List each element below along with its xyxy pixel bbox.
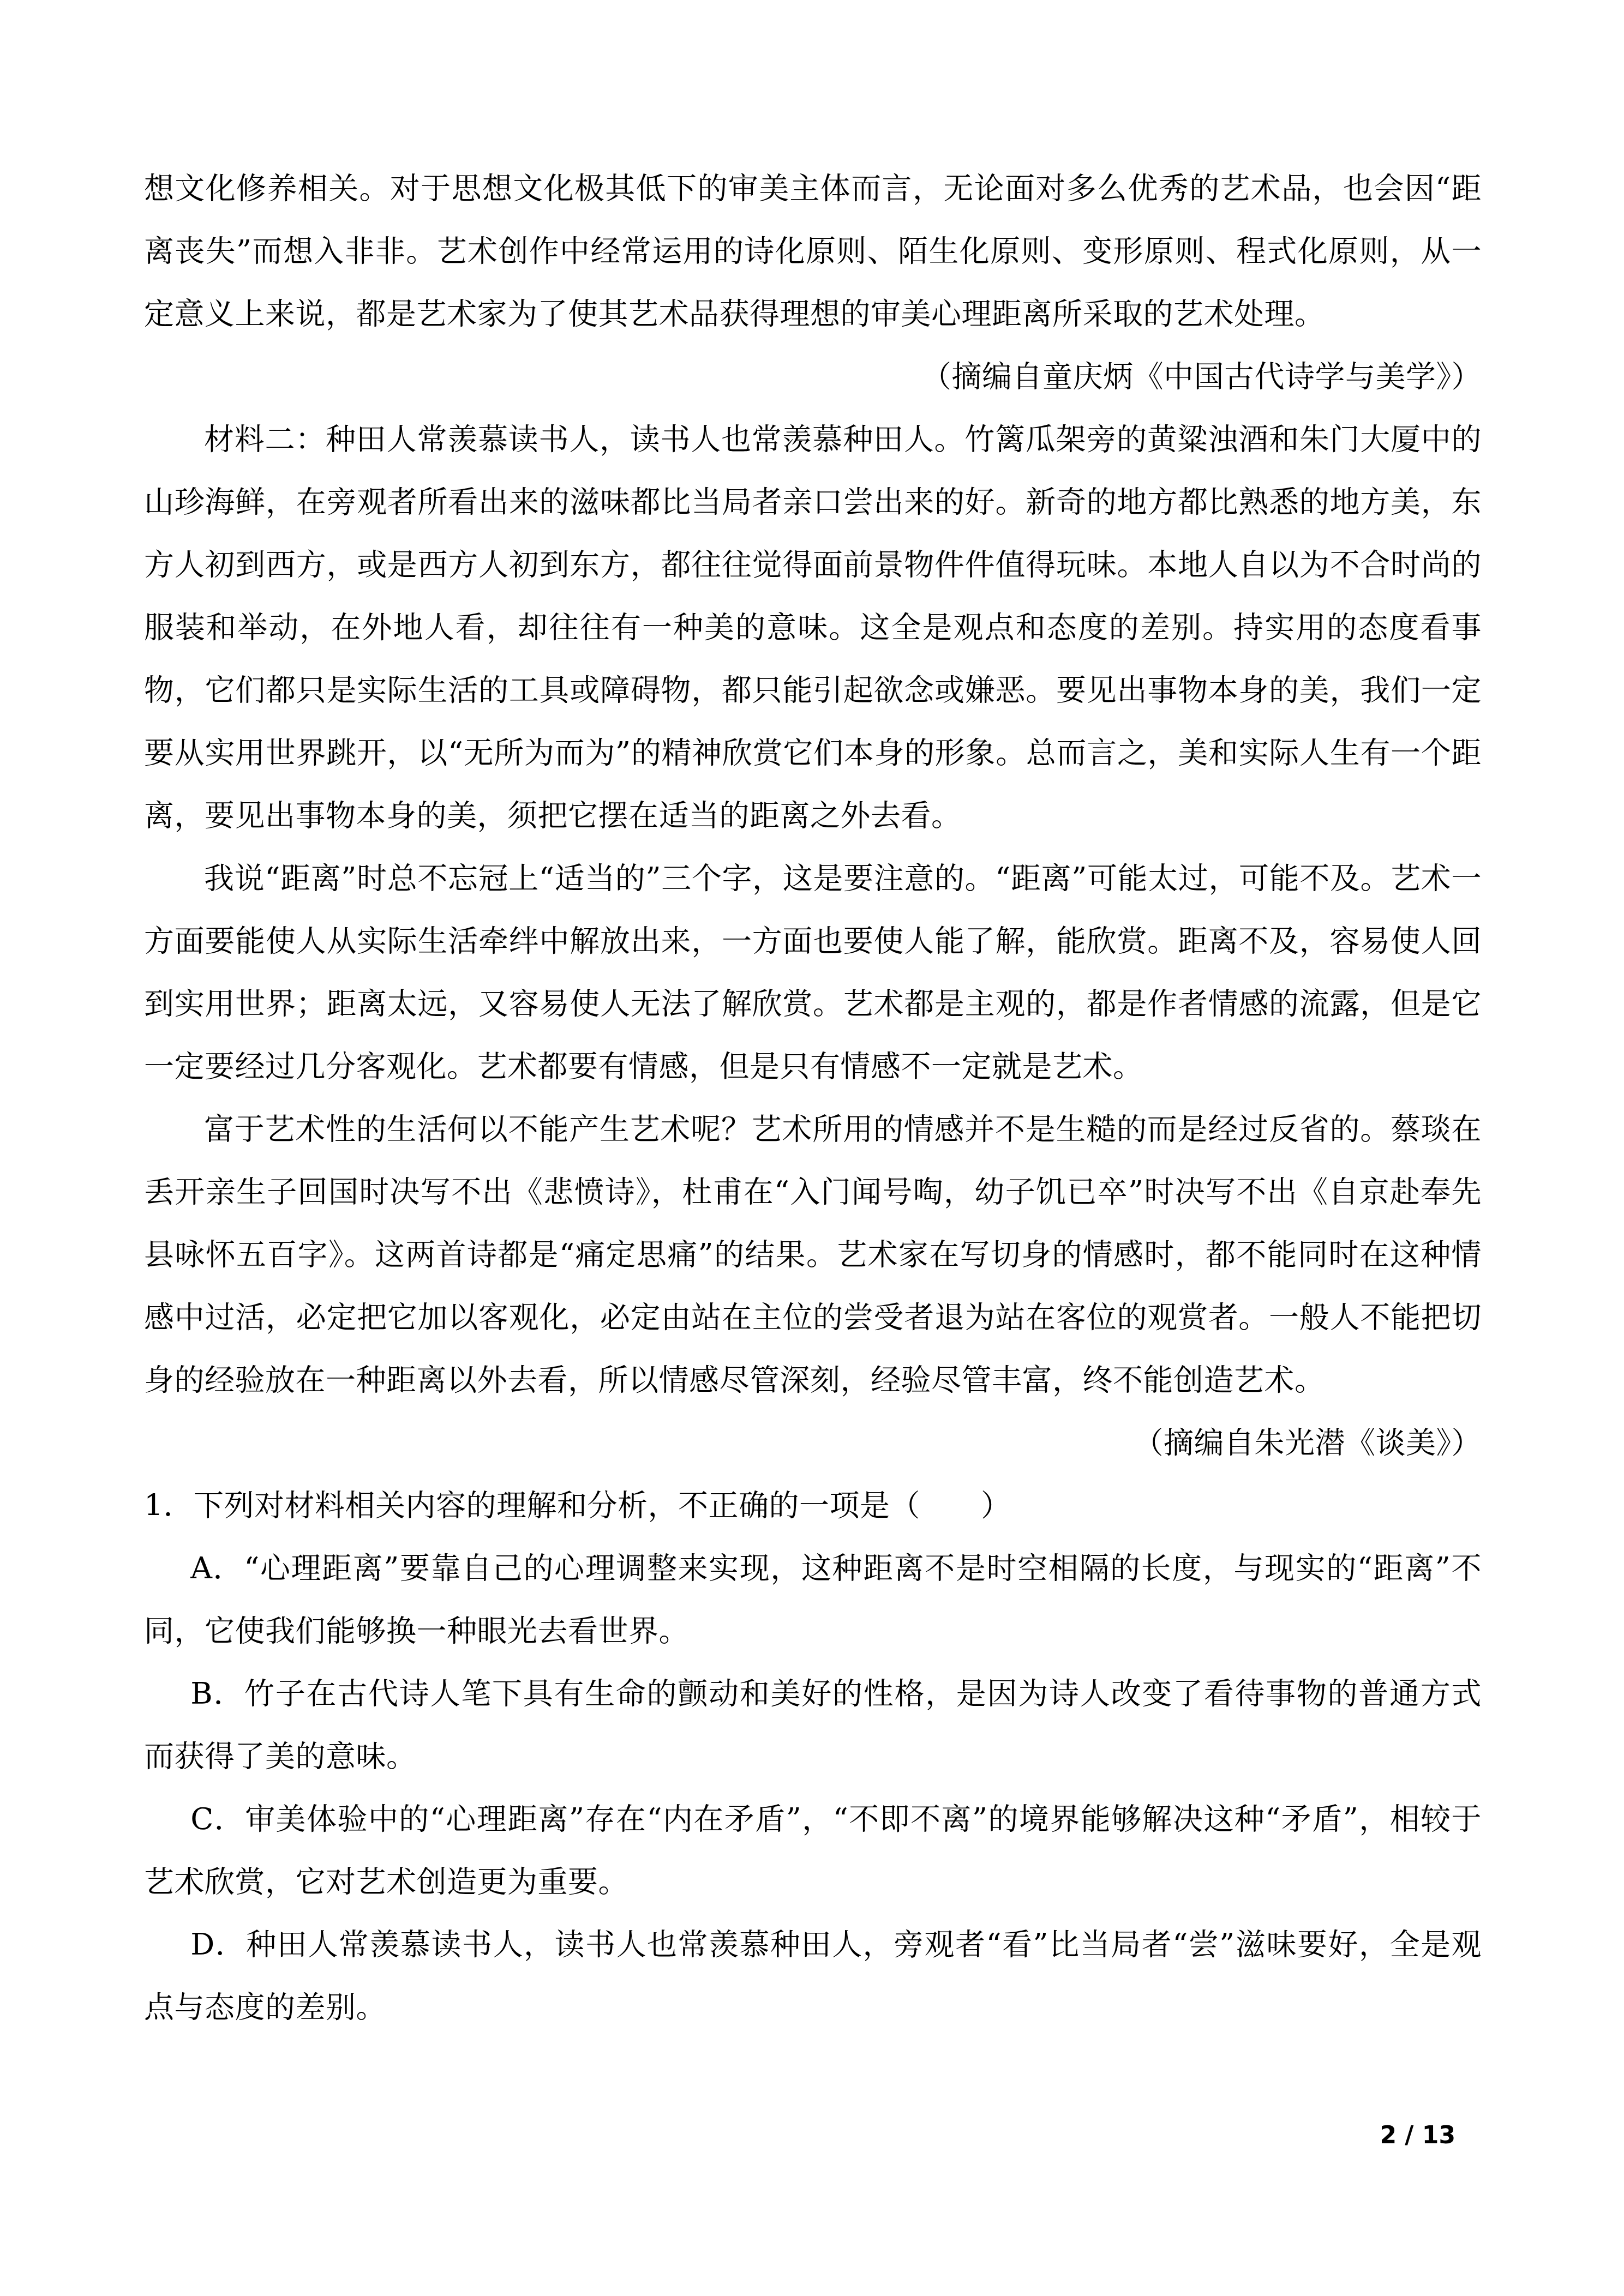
- question-1-option-d: D．种田人常羡慕读书人，读书人也常羡慕种田人，旁观者“看”比当局者“尝”滋味要好…: [144, 1913, 1482, 2039]
- document-page: 想文化修养相关。对于思想文化极其低下的审美主体而言，无论面对多么优秀的艺术品，也…: [0, 0, 1624, 2296]
- material1-continuation-paragraph: 想文化修养相关。对于思想文化极其低下的审美主体而言，无论面对多么优秀的艺术品，也…: [144, 157, 1482, 345]
- question-1-stem: 1．下列对材料相关内容的理解和分析，不正确的一项是（ ）: [144, 1474, 1482, 1537]
- material2-paragraph-3: 富于艺术性的生活何以不能产生艺术呢？艺术所用的情感并不是生糙的而是经过反省的。蔡…: [144, 1098, 1482, 1411]
- question-1-option-c: C．审美体验中的“心理距离”存在“内在矛盾”，“不即不离”的境界能够解决这种“矛…: [144, 1788, 1482, 1913]
- page-number-indicator: 2 / 13: [1380, 2121, 1455, 2150]
- material2-source-attribution: （摘编自朱光潜《谈美》）: [144, 1411, 1482, 1474]
- question-1-option-a: A．“心理距离”要靠自己的心理调整来实现，这种距离不是时空相隔的长度，与现实的“…: [144, 1537, 1482, 1662]
- document-body-text: 想文化修养相关。对于思想文化极其低下的审美主体而言，无论面对多么优秀的艺术品，也…: [144, 157, 1482, 2039]
- material2-paragraph-2: 我说“距离”时总不忘冠上“适当的”三个字，这是要注意的。“距离”可能太过，可能不…: [144, 847, 1482, 1098]
- material1-source-attribution: （摘编自童庆炳《中国古代诗学与美学》）: [144, 345, 1482, 408]
- material2-paragraph-1: 材料二：种田人常羡慕读书人，读书人也常羡慕种田人。竹篱瓜架旁的黄粱浊酒和朱门大厦…: [144, 408, 1482, 847]
- question-1-option-b: B．竹子在古代诗人笔下具有生命的颤动和美好的性格，是因为诗人改变了看待事物的普通…: [144, 1662, 1482, 1788]
